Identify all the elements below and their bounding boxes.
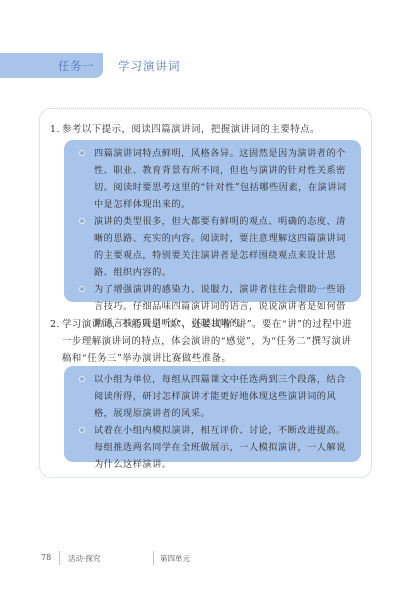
question-number: 2. <box>50 316 62 367</box>
footer-divider <box>153 551 154 565</box>
circle-bullet-icon <box>74 281 94 298</box>
question-2: 2. 学习演讲词，不能只是“读”，还要试着“讲”。要在“讲”的过程中进一步理解演… <box>50 316 360 367</box>
hint-item: 试着在小组内模拟演讲，相互评价、讨论，不断改进提高。每组推选两名同学在全班做展示… <box>74 422 351 473</box>
question-text: 学习演讲词，不能只是“读”，还要试着“讲”。要在“讲”的过程中进一步理解演讲词的… <box>62 316 360 367</box>
circle-bullet-icon <box>74 213 94 230</box>
question-1: 1.参考以下提示，阅读四篇演讲词，把握演讲词的主要特点。 <box>50 121 360 138</box>
footer-divider <box>59 551 60 565</box>
unit-name: 第四单元 <box>160 553 190 564</box>
circle-bullet-icon <box>74 145 94 162</box>
section-name: 活动·探究 <box>68 553 100 564</box>
hint-item: 以小组为单位，每组从四篇课文中任选两到三个段落，结合阅读所得，研讨怎样演讲才能更… <box>74 371 351 422</box>
question-text: 参考以下提示，阅读四篇演讲词，把握演讲词的主要特点。 <box>62 124 320 135</box>
page-footer: 78 活动·探究 第四单元 <box>0 551 415 565</box>
task-title: 学习演讲词 <box>118 58 181 74</box>
hint-box-2: 以小组为单位，每组从四篇课文中任选两到三个段落，结合阅读所得，研讨怎样演讲才能更… <box>64 366 361 462</box>
task-label: 任务一 <box>58 58 94 74</box>
page-number: 78 <box>41 553 51 562</box>
hint-item: 四篇演讲词特点鲜明，风格各异。这固然是因为演讲者的个性、职业、教育背景有所不同，… <box>74 145 351 213</box>
task-tab: 任务一 <box>0 53 103 78</box>
circle-bullet-icon <box>74 422 94 439</box>
circle-bullet-icon <box>74 371 94 388</box>
question-number: 1. <box>50 121 62 138</box>
hint-item: 演讲的类型很多，但大都要有鲜明的观点、明确的态度、清晰的思路、充实的内容。阅读时… <box>74 213 351 281</box>
hint-box-1: 四篇演讲词特点鲜明，风格各异。这固然是因为演讲者的个性、职业、教育背景有所不同，… <box>64 140 361 302</box>
